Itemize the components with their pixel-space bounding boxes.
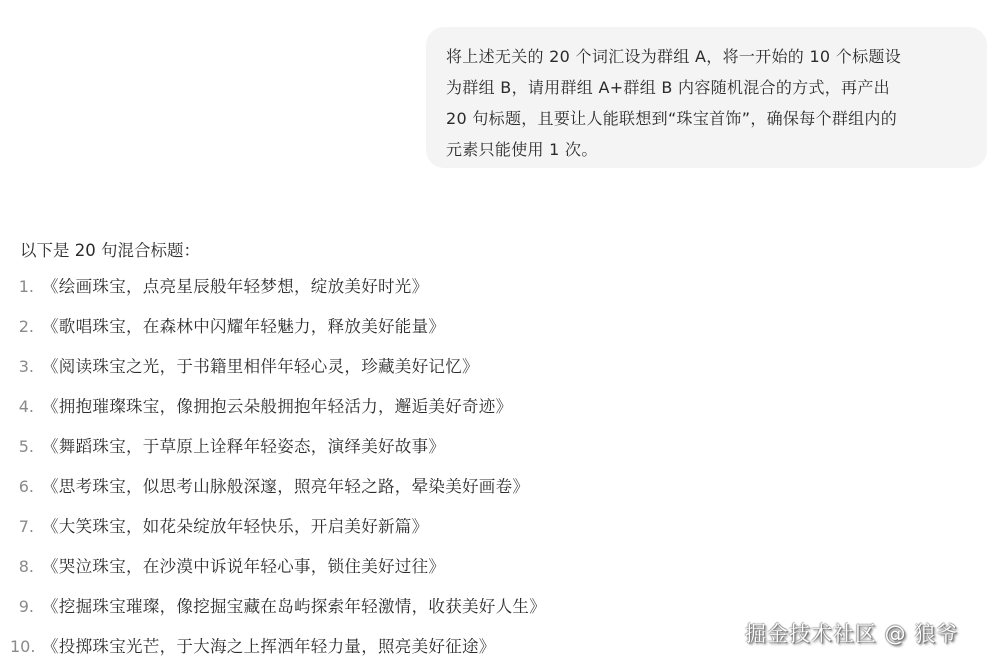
list-item-number: 6. [10, 472, 42, 502]
list-item-text: 《投掷珠宝光芒，于大海之上挥洒年轻力量，照亮美好征途》 [42, 632, 496, 662]
list-item: 10. 《投掷珠宝光芒，于大海之上挥洒年轻力量，照亮美好征途》 [20, 632, 780, 667]
user-message-line: 元素只能使用 1 次。 [446, 134, 967, 165]
list-item-text: 《挖掘珠宝璀璨，像挖掘宝藏在岛屿探索年轻激情，收获美好人生》 [42, 592, 546, 622]
list-item-text: 《哭泣珠宝，在沙漠中诉说年轻心事，锁住美好过往》 [42, 552, 445, 582]
user-message-line: 将上述无关的 20 个词汇设为群组 A，将一开始的 10 个标题设 [446, 41, 967, 72]
list-item-number: 8. [10, 552, 42, 582]
list-item-number: 5. [10, 432, 42, 462]
list-item-number: 10. [10, 632, 42, 662]
list-item-number: 1. [10, 272, 42, 302]
watermark: 掘金技术社区 @ 狼爷 [745, 618, 958, 648]
list-item-text: 《大笑珠宝，如花朵绽放年轻快乐，开启美好新篇》 [42, 512, 428, 542]
list-item: 4. 《拥抱璀璨珠宝，像拥抱云朵般拥抱年轻活力，邂逅美好奇迹》 [20, 392, 780, 432]
list-item: 7. 《大笑珠宝，如花朵绽放年轻快乐，开启美好新篇》 [20, 512, 780, 552]
list-item: 1. 《绘画珠宝，点亮星辰般年轻梦想，绽放美好时光》 [20, 272, 780, 312]
list-item-text: 《歌唱珠宝，在森林中闪耀年轻魅力，释放美好能量》 [42, 312, 445, 342]
list-item: 9. 《挖掘珠宝璀璨，像挖掘宝藏在岛屿探索年轻激情，收获美好人生》 [20, 592, 780, 632]
list-item-number: 3. [10, 352, 42, 382]
user-message-bubble: 将上述无关的 20 个词汇设为群组 A，将一开始的 10 个标题设 为群组 B，… [426, 27, 987, 168]
list-item: 2. 《歌唱珠宝，在森林中闪耀年轻魅力，释放美好能量》 [20, 312, 780, 352]
list-item-number: 4. [10, 392, 42, 422]
list-item: 5. 《舞蹈珠宝，于草原上诠释年轻姿态，演绎美好故事》 [20, 432, 780, 472]
chat-page: 将上述无关的 20 个词汇设为群组 A，将一开始的 10 个标题设 为群组 B，… [0, 0, 1000, 667]
list-item-number: 9. [10, 592, 42, 622]
list-item-text: 《阅读珠宝之光，于书籍里相伴年轻心灵，珍藏美好记忆》 [42, 352, 479, 382]
reply-intro: 以下是 20 句混合标题： [20, 236, 780, 266]
list-item-text: 《舞蹈珠宝，于草原上诠释年轻姿态，演绎美好故事》 [42, 432, 445, 462]
assistant-reply: 以下是 20 句混合标题： 1. 《绘画珠宝，点亮星辰般年轻梦想，绽放美好时光》… [20, 236, 780, 667]
list-item-text: 《拥抱璀璨珠宝，像拥抱云朵般拥抱年轻活力，邂逅美好奇迹》 [42, 392, 512, 422]
user-message-line: 为群组 B，请用群组 A+群组 B 内容随机混合的方式，再产出 [446, 72, 967, 103]
list-item: 8. 《哭泣珠宝，在沙漠中诉说年轻心事，锁住美好过往》 [20, 552, 780, 592]
list-item-text: 《思考珠宝，似思考山脉般深邃，照亮年轻之路，晕染美好画卷》 [42, 472, 529, 502]
list-item-text: 《绘画珠宝，点亮星辰般年轻梦想，绽放美好时光》 [42, 272, 428, 302]
user-message-line: 20 句标题，且要让人能联想到“珠宝首饰”，确保每个群组内的 [446, 103, 967, 134]
title-list: 1. 《绘画珠宝，点亮星辰般年轻梦想，绽放美好时光》 2. 《歌唱珠宝，在森林中… [20, 272, 780, 667]
list-item-number: 7. [10, 512, 42, 542]
list-item-number: 2. [10, 312, 42, 342]
list-item: 6. 《思考珠宝，似思考山脉般深邃，照亮年轻之路，晕染美好画卷》 [20, 472, 780, 512]
list-item: 3. 《阅读珠宝之光，于书籍里相伴年轻心灵，珍藏美好记忆》 [20, 352, 780, 392]
